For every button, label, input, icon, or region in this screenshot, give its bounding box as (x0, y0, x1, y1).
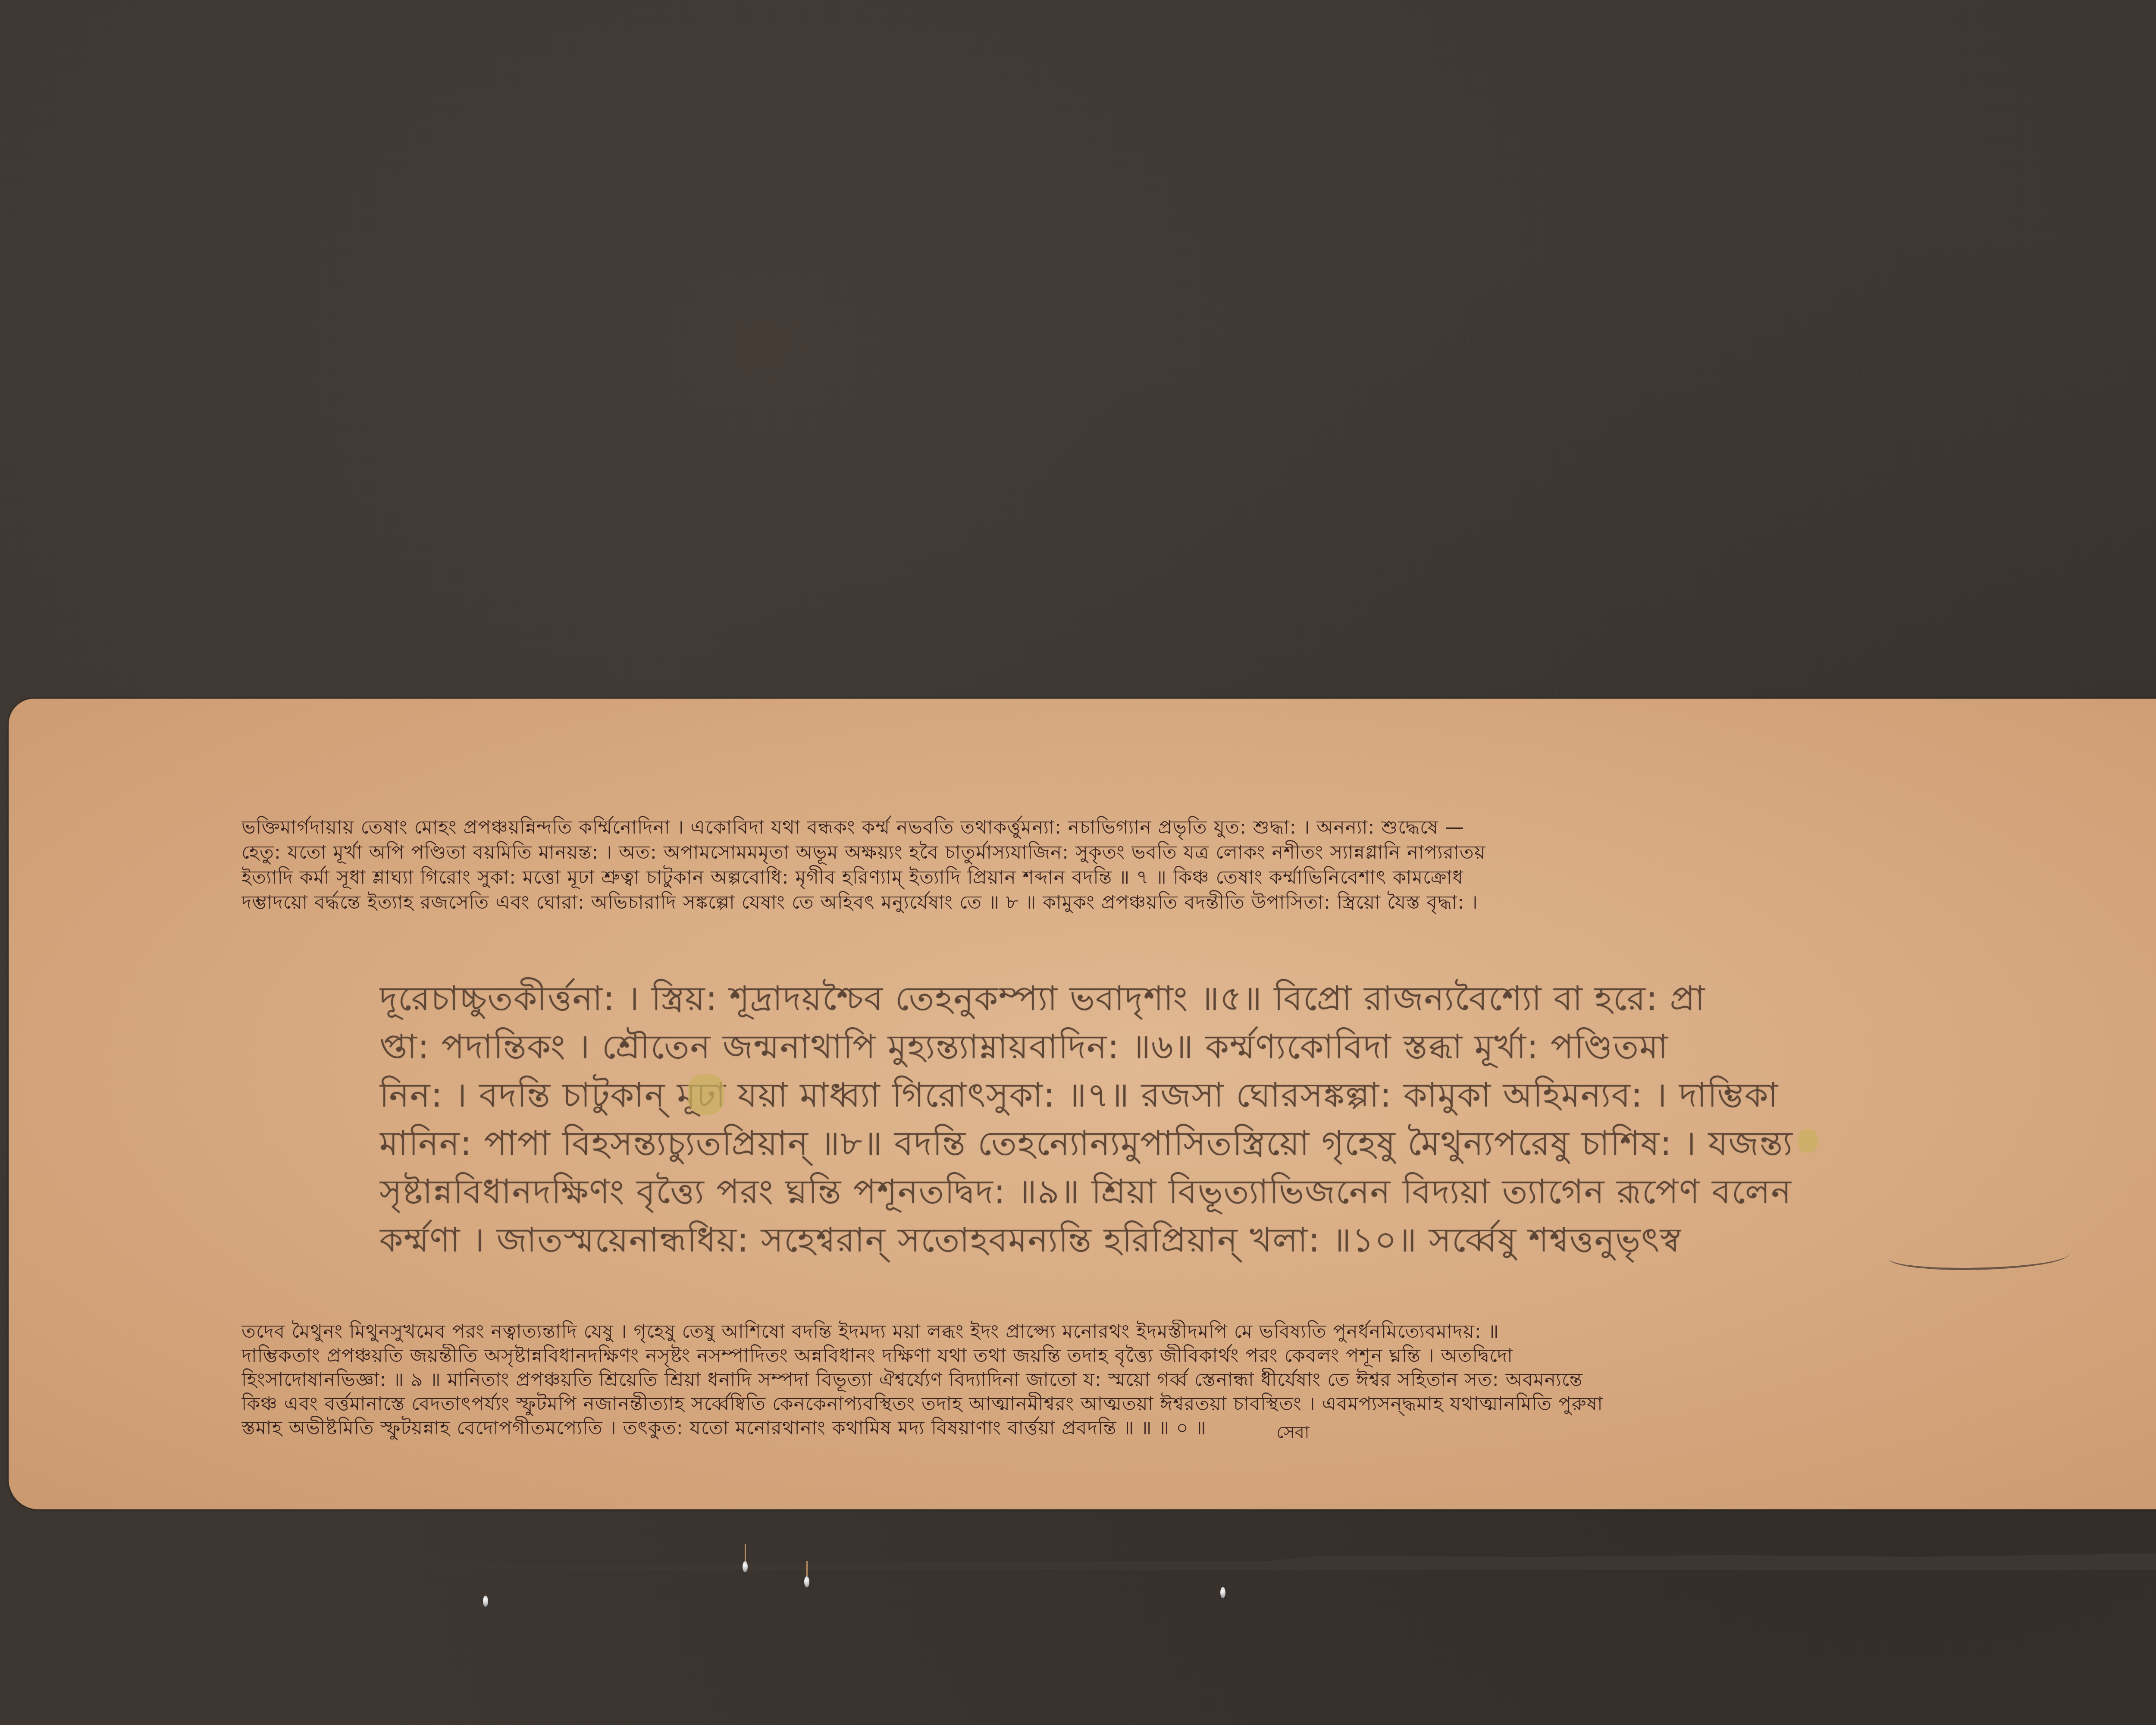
mounting-pin (483, 1596, 488, 1607)
correction-patch (1798, 1129, 1818, 1153)
commentary-bottom-line: তদেব মৈথুনং মিথুনসুখমেব পরং নত্বাত্যন্তা… (241, 1320, 2096, 1344)
commentary-top-line: ইত্যাদি কর্মা সূধা শ্লাঘ্যা গিরোং সুকা: … (241, 865, 2096, 890)
commentary-bottom-block: তদেব মৈথুনং মিথুনসুখমেব পরং নত্বাত্যন্তা… (241, 1320, 2096, 1440)
main-verse-block: দূরেচাচ্চুতকীর্ত্তনা: । স্ত্রিয়: শূদ্রা… (379, 975, 2061, 1264)
commentary-bottom-line: হিংসাদোষানভিজ্ঞা: ॥ ৯ ॥ মানিতাং প্রপঞ্চয… (241, 1368, 2096, 1392)
commentary-bottom-line: স্তমাহ অভীষ্টমিতি স্ফুটয়ন্নাহ বেদোপগীতম… (241, 1416, 2096, 1440)
commentary-bottom-line: কিঞ্চ এবং বর্ত্তমানাস্তে বেদতাৎপর্য্যং স… (241, 1392, 2096, 1416)
mounting-pin (743, 1561, 748, 1572)
main-verse-line: কর্ম্মণা । জাতস্ময়েনান্ধধিয়: সহেশ্বরান… (379, 1216, 2061, 1264)
commentary-top-block: ভক্তিমার্গদায়ায় তেষাং মোহং প্রপঞ্চয়ন্… (241, 815, 2096, 915)
mounting-pin (1220, 1587, 1225, 1598)
mounting-pin (804, 1576, 809, 1587)
main-verse-line: নিন: । বদন্তি চাটুকান্ মূঢা যয়া মাধ্ব্য… (379, 1071, 2061, 1120)
commentary-top-line: দম্ভাদয়ো বর্দ্ধন্তে ইত্যাহ রজসেতি এবং ঘ… (241, 890, 2096, 915)
main-verse-line: সৃষ্টান্নবিধানদক্ষিণং বৃত্ত্যৈ পরং ঘ্নন্… (379, 1168, 2061, 1216)
main-verse-line: প্তা: পদান্তিকং । শ্রৌতেন জন্মনাথাপি মুহ… (379, 1023, 2061, 1071)
pin-shaft (806, 1561, 808, 1576)
main-verse-line: দূরেচাচ্চুতকীর্ত্তনা: । স্ত্রিয়: শূদ্রা… (379, 975, 2061, 1023)
commentary-top-line: ভক্তিমার্গদায়ায় তেষাং মোহং প্রপঞ্চয়ন্… (241, 815, 2096, 840)
commentary-bottom-line: দাম্ভিকতাং প্রপঞ্চয়তি জয়ন্তীতি অসৃষ্টা… (241, 1344, 2096, 1368)
commentary-top-line: হেতু: যতো মূর্খা অপি পণ্ডিতা বয়মিতি মান… (241, 840, 2096, 865)
tail-note: সেবা (1276, 1419, 1310, 1448)
correction-patch (688, 1074, 724, 1115)
pin-shaft (745, 1544, 746, 1561)
